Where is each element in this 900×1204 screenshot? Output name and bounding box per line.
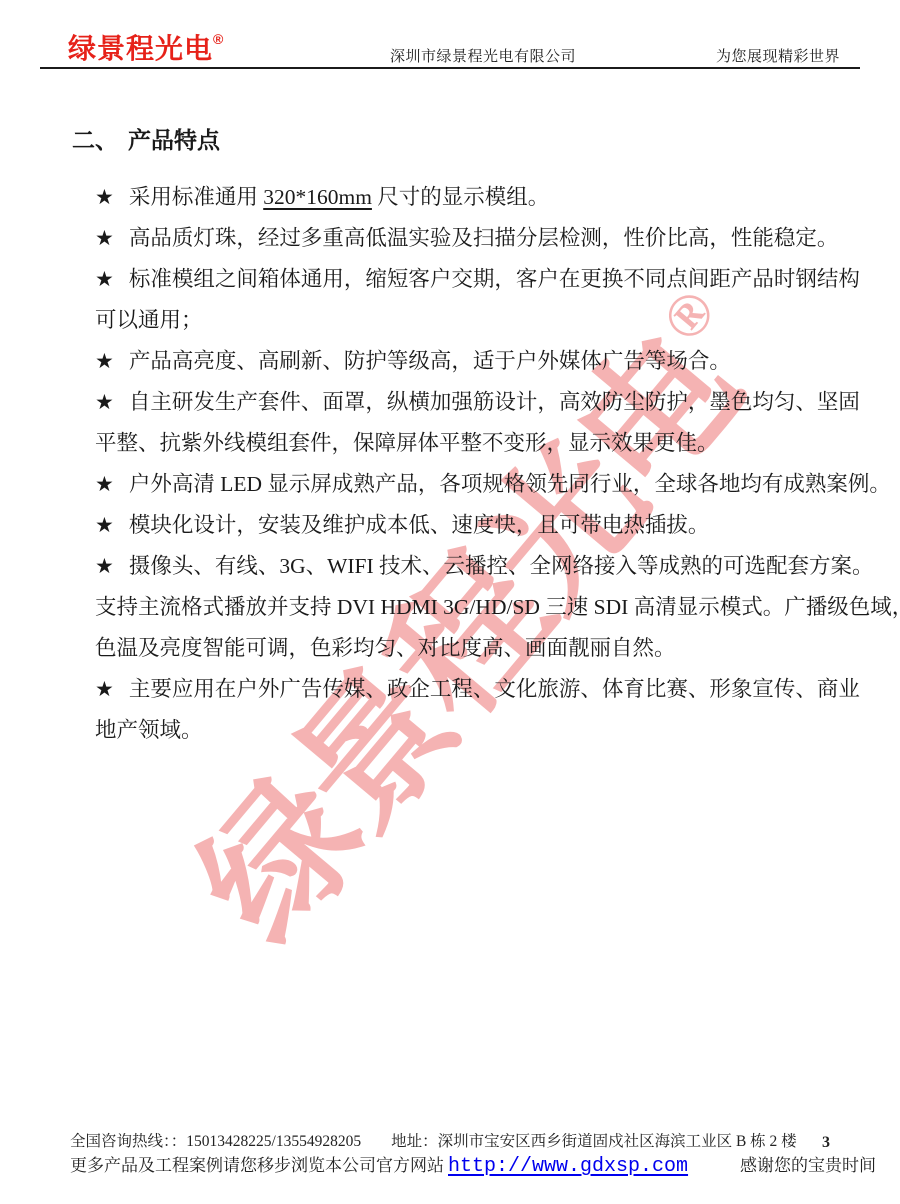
star-bullet-icon: ★ xyxy=(95,177,114,218)
company-logo: 绿景程光电® xyxy=(68,22,223,66)
star-bullet-icon: ★ xyxy=(95,505,114,546)
logo-text: 绿景程光电 xyxy=(68,33,213,64)
header-company-name: 深圳市绿景程光电有限公司 xyxy=(390,45,576,66)
feature-line-continuation: 可以通用； xyxy=(95,300,870,341)
hotline-numbers: 15013428225/13554928205 xyxy=(186,1133,361,1150)
feature-line: ★摄像头、有线、3G、WIFI 技术、云播控、全网络接入等成熟的可选配套方案。 xyxy=(95,546,870,587)
address-text: 深圳市宝安区西乡街道固戍社区海滨工业区 B 栋 2 楼 xyxy=(438,1133,797,1150)
feature-text: 标准模组之间箱体通用，缩短客户交期，客户在更换不同点间距产品时钢结构 xyxy=(129,267,860,291)
feature-text: 色温及亮度智能可调，色彩均匀、对比度高、画面靓丽自然。 xyxy=(95,636,676,660)
feature-line: ★主要应用在户外广告传媒、政企工程、文化旅游、体育比赛、形象宣传、商业 xyxy=(95,669,870,710)
footer-contact-line: 全国咨询热线：：15013428225/13554928205地址：深圳市宝安区… xyxy=(70,1131,797,1153)
section-title: 二、 产品特点 xyxy=(72,126,220,156)
star-bullet-icon: ★ xyxy=(95,382,114,423)
feature-text: 主要应用在户外广告传媒、政企工程、文化旅游、体育比赛、形象宣传、商业 xyxy=(129,677,860,701)
feature-line-continuation: 平整、抗紫外线模组套件，保障屏体平整不变形，显示效果更佳。 xyxy=(95,423,870,464)
feature-line: ★高品质灯珠，经过多重高低温实验及扫描分层检测，性价比高，性能稳定。 xyxy=(95,218,870,259)
feature-text-underlined: 320*160mm xyxy=(263,185,372,209)
star-bullet-icon: ★ xyxy=(95,464,114,505)
feature-line-continuation: 支持主流格式播放并支持 DVI HDMI 3G/HD/SD 三速 SDI 高清显… xyxy=(95,587,870,628)
feature-text: 可以通用； xyxy=(95,308,203,332)
feature-text: 尺寸的显示模组。 xyxy=(372,185,549,209)
section-title-text: 产品特点 xyxy=(128,126,220,156)
header-divider xyxy=(40,67,860,69)
feature-text: 高品质灯珠，经过多重高低温实验及扫描分层检测，性价比高，性能稳定。 xyxy=(129,226,839,250)
feature-line: ★产品高亮度、高刷新、防护等级高，适于户外媒体广告等场合。 xyxy=(95,341,870,382)
feature-text: 摄像头、有线、3G、WIFI 技术、云播控、全网络接入等成熟的可选配套方案。 xyxy=(129,554,874,578)
star-bullet-icon: ★ xyxy=(95,259,114,300)
feature-text: 采用标准通用 xyxy=(129,185,263,209)
footer-website-line: 更多产品及工程案例请您移步浏览本公司官方网站http://www.gdxsp.c… xyxy=(70,1153,876,1180)
document-page: 绿景程光电® 绿景程光电® 深圳市绿景程光电有限公司 为您展现精彩世界 二、 产… xyxy=(0,0,900,1204)
feature-text: 地产领域。 xyxy=(95,718,203,742)
star-bullet-icon: ★ xyxy=(95,341,114,382)
footer-thanks-text: 感谢您的宝贵时间 xyxy=(740,1156,876,1175)
address-label: 地址： xyxy=(391,1133,438,1150)
logo-registered-trademark-icon: ® xyxy=(213,31,223,47)
section-number: 二、 xyxy=(72,126,118,156)
feature-text: 模块化设计，安装及维护成本低、速度快，且可带电热插拔。 xyxy=(129,513,710,537)
star-bullet-icon: ★ xyxy=(95,218,114,259)
feature-text: 户外高清 LED 显示屏成熟产品，各项规格领先同行业，全球各地均有成熟案例。 xyxy=(129,472,891,496)
footer-more-text: 更多产品及工程案例请您移步浏览本公司官方网站 xyxy=(70,1156,444,1175)
star-bullet-icon: ★ xyxy=(95,546,114,587)
feature-line-continuation: 色温及亮度智能可调，色彩均匀、对比度高、画面靓丽自然。 xyxy=(95,628,870,669)
header-slogan: 为您展现精彩世界 xyxy=(716,45,840,66)
feature-text: 支持主流格式播放并支持 DVI HDMI 3G/HD/SD 三速 SDI 高清显… xyxy=(95,595,900,619)
hotline-label: 全国咨询热线：： xyxy=(70,1133,186,1150)
feature-text: 产品高亮度、高刷新、防护等级高，适于户外媒体广告等场合。 xyxy=(129,349,731,373)
feature-line: ★采用标准通用 320*160mm 尺寸的显示模组。 xyxy=(95,177,870,218)
feature-line-continuation: 地产领域。 xyxy=(95,710,870,751)
website-link[interactable]: http://www.gdxsp.com xyxy=(448,1155,688,1178)
feature-text: 平整、抗紫外线模组套件，保障屏体平整不变形，显示效果更佳。 xyxy=(95,431,719,455)
feature-line: ★户外高清 LED 显示屏成熟产品，各项规格领先同行业，全球各地均有成熟案例。 xyxy=(95,464,870,505)
feature-list: ★采用标准通用 320*160mm 尺寸的显示模组。 ★高品质灯珠，经过多重高低… xyxy=(95,177,870,751)
feature-line: ★自主研发生产套件、面罩，纵横加强筋设计，高效防尘防护，墨色均匀、坚固 xyxy=(95,382,870,423)
page-number: 3 xyxy=(822,1132,830,1154)
star-bullet-icon: ★ xyxy=(95,669,114,710)
feature-text: 自主研发生产套件、面罩，纵横加强筋设计，高效防尘防护，墨色均匀、坚固 xyxy=(129,390,860,414)
feature-line: ★标准模组之间箱体通用，缩短客户交期，客户在更换不同点间距产品时钢结构 xyxy=(95,259,870,300)
feature-line: ★模块化设计，安装及维护成本低、速度快，且可带电热插拔。 xyxy=(95,505,870,546)
